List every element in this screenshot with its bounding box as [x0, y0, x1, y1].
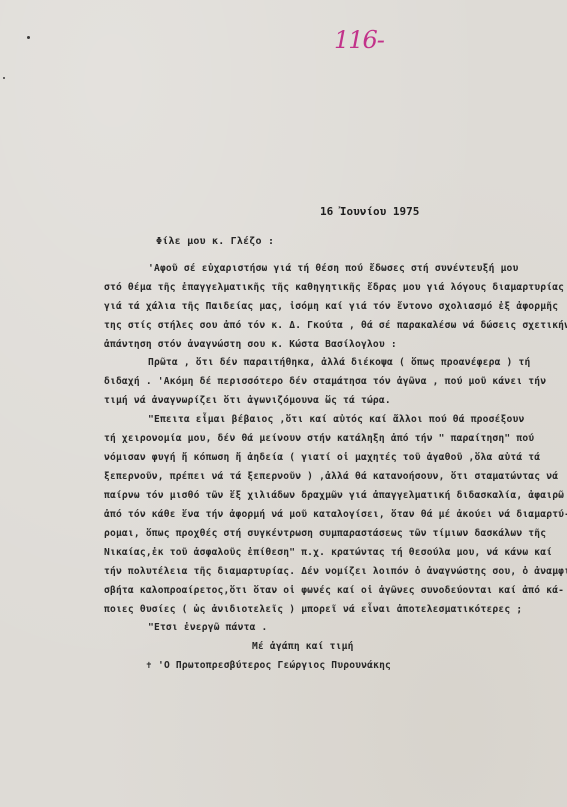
body-line: σβήτα καλοπροαίρετος,ὅτι ὅταν οἱ φωνές κ…	[104, 585, 564, 596]
body-line: ξεπερνοῦν, πρέπει νά τά ξεπερνοῦν ) ,ἀλλ…	[104, 471, 558, 482]
body-line: στό θέμα τῆς ἐπαγγελματικῆς τῆς καθηγητι…	[104, 282, 564, 293]
closing-line: Μέ ἀγάπη καί τιμή	[252, 641, 354, 652]
body-line: "Ετσι ἐνεργῶ πάντα .	[148, 622, 268, 633]
signature-line: ✝ 'Ο Πρωτοπρεσβύτερος Γεώργιος Πυρουνάκη…	[146, 660, 391, 671]
body-line: τιμή νά ἀναγνωρίζει ὅτι ἀγωνιζόμουνα ὥς …	[104, 395, 391, 406]
body-line: 'Αφοῦ σέ εὐχαριστήσω γιά τή θέση πού ἔδω…	[148, 263, 519, 274]
scanned-letter-page: 116- 16 Ἰουνίου 1975 Φίλε μου κ. Γλέζο :…	[0, 0, 567, 807]
signature-text: 'Ο Πρωτοπρεσβύτερος Γεώργιος Πυρουνάκης	[158, 660, 391, 671]
paper-speck	[3, 77, 5, 79]
body-line: διδαχή . 'Ακόμη δέ περισσότερο δέν σταμά…	[104, 376, 546, 387]
body-line: τή χειρονομία μου, δέν θά μείνουν στήν κ…	[104, 433, 534, 444]
body-line: Πρῶτα , ὅτι δέν παραιτήθηκα, ἀλλά διέκοψ…	[148, 357, 530, 368]
body-line: της στίς στήλες σου ἀπό τόν κ. Δ. Γκούτα…	[104, 320, 567, 331]
salutation: Φίλε μου κ. Γλέζο :	[156, 236, 274, 247]
body-line: ἀπό τόν κάθε ἕνα τήν ἀφορμή νά μοῦ καταλ…	[104, 509, 567, 520]
paper-speck	[27, 36, 30, 39]
body-line: ποιες θυσίες ( ὡς ἀνιδιοτελεῖς ) μπορεῖ …	[104, 604, 522, 615]
letter-date: 16 Ἰουνίου 1975	[320, 205, 419, 218]
handwritten-page-number: 116-	[334, 26, 384, 54]
body-line: τήν πολυτέλεια τῆς διαμαρτυρίας. Δέν νομ…	[104, 566, 567, 577]
body-line: ἀπάντηση στόν ἀναγνώστη σου κ. Κώστα Βασ…	[104, 339, 397, 350]
body-line: νόμισαν φυγή ἤ κόπωση ἤ ἀηδεία ( γιατί ο…	[104, 452, 540, 463]
body-line: παίρνω τόν μισθό τῶν ἕξ χιλιάδων δραχμῶν…	[104, 490, 564, 501]
body-line: "Επειτα εἶμαι βέβαιος ,ὅτι καί αὐτός καί…	[148, 414, 524, 425]
body-line: ρομαι, ὅπως προχθές στή συγκέντρωση συμπ…	[104, 528, 546, 539]
cross-icon: ✝	[146, 660, 152, 671]
body-line: γιά τά χάλια τῆς Παιδείας μας, ἰσόμη καί…	[104, 301, 558, 312]
body-line: Νικαίας,ἐκ τοῦ ἀσφαλοῦς ἐπίθεση" π.χ. κρ…	[104, 547, 552, 558]
